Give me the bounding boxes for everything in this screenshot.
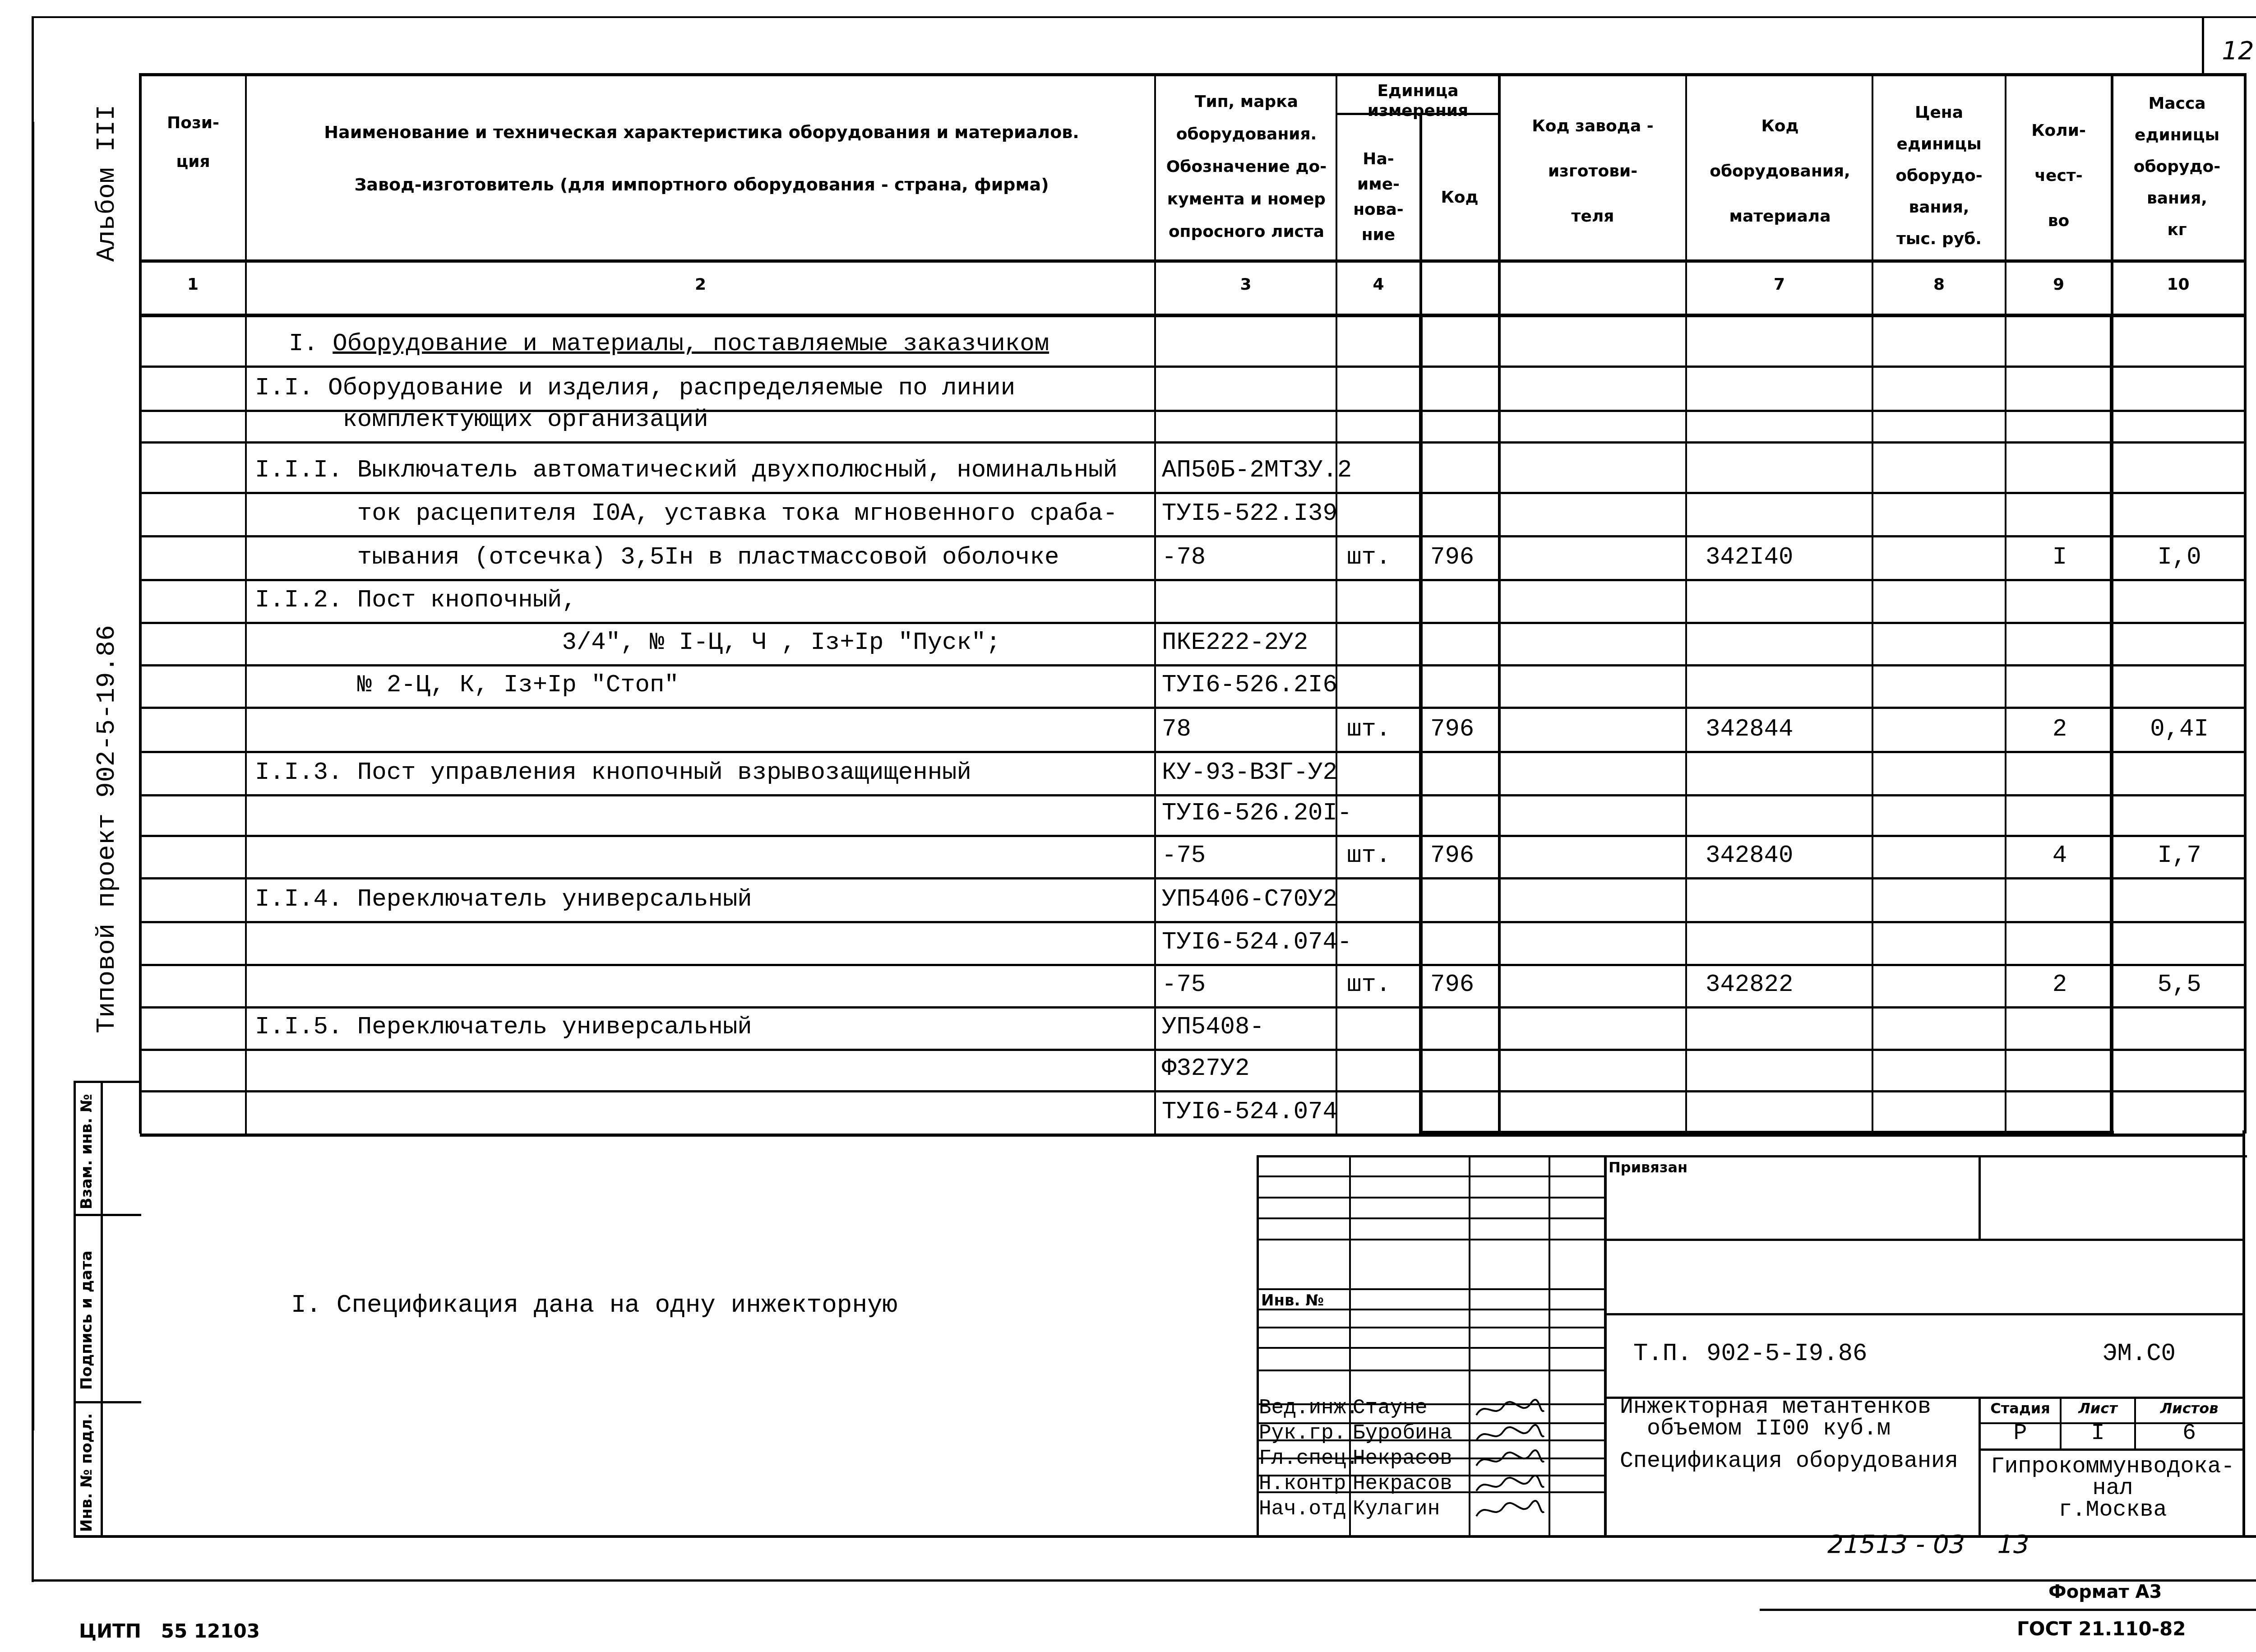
stage-label: Стадия <box>1981 1400 2060 1417</box>
column-number: 8 <box>1872 275 2006 294</box>
item-type: УП5406-С70У2 <box>1162 886 1342 913</box>
item-type: КУ-93-ВЗГ-У2 <box>1162 759 1342 787</box>
item-name: I.I. Оборудование и изделия, распределяе… <box>255 375 1153 402</box>
header-unit-name: На- име- нова- ние <box>1338 147 1419 248</box>
signature-scribble <box>1472 1422 1549 1450</box>
column-number: 9 <box>2006 275 2112 294</box>
page-number: 12 <box>2209 36 2256 65</box>
column-number: 1 <box>140 275 246 294</box>
header-quantity: Коли- чест- во <box>2006 108 2112 244</box>
column-number: 10 <box>2112 275 2245 294</box>
item-unit: шт. <box>1347 716 1419 743</box>
item-unit-code: 796 <box>1430 544 1498 571</box>
column-number: 2 <box>246 275 1155 294</box>
header-price: Цена единицы оборудо- вания, тыс. руб. <box>1872 97 2006 255</box>
object-name-line2: объемом II00 куб.м <box>1647 1416 1891 1442</box>
item-quantity: 2 <box>2008 716 2112 743</box>
signatory-name: Кулагин <box>1353 1497 1440 1521</box>
item-name: ток расцепителя I0А, уставка тока мгнове… <box>255 500 1153 528</box>
privyazan-label: Привязан <box>1609 1159 1687 1176</box>
item-equipment-code: 342840 <box>1706 842 1868 870</box>
item-type: ТУI6-524.074 <box>1162 1098 1342 1126</box>
item-name: I.I.4. Переключатель универсальный <box>255 886 1153 913</box>
signatory-role: Гл.спец. <box>1259 1447 1359 1470</box>
item-name: I.I.2. Пост кнопочный, <box>255 587 1153 614</box>
format-label: Формат А3 <box>2048 1582 2162 1602</box>
citp-label: ЦИТП 55 12103 <box>79 1620 260 1642</box>
item-mass: I,7 <box>2116 842 2242 870</box>
sheet-label: Лист <box>2062 1400 2134 1417</box>
item-mass: I,0 <box>2116 544 2242 571</box>
item-name: комплектующих организаций <box>255 406 1153 434</box>
item-unit: шт. <box>1347 971 1419 999</box>
header-position: Пози- ция <box>141 108 245 177</box>
item-type: -78 <box>1162 544 1342 571</box>
section-title: I. Оборудование и материалы, поставляемы… <box>289 330 1049 358</box>
item-name: № 2-Ц, К, Iз+Iр "Стоп" <box>255 671 1153 699</box>
item-type: АП50Б-2МТЗУ.2 <box>1162 457 1342 484</box>
column-number: 4 <box>1336 275 1420 294</box>
signature-scribble <box>1472 1498 1549 1526</box>
signature-scribble <box>1472 1397 1549 1425</box>
item-type: ТУI5-522.I39 <box>1162 500 1342 528</box>
item-quantity: I <box>2008 544 2112 571</box>
item-type: -75 <box>1162 842 1342 870</box>
signatory-role: Вед.инж. <box>1259 1396 1359 1420</box>
signatory-role: Нач.отд <box>1259 1497 1346 1521</box>
item-name: I.I.5. Переключатель универсальный <box>255 1013 1153 1041</box>
item-type: ПКЕ222-2У2 <box>1162 629 1342 657</box>
item-type: ТУI6-526.2I6 <box>1162 671 1342 699</box>
stamp-original-inv: Инв. № подл. <box>78 1413 96 1532</box>
organization-city: г.Москва <box>1981 1497 2245 1523</box>
note-text: I. Спецификация дана на одну инжекторную <box>291 1291 897 1319</box>
item-equipment-code: 342844 <box>1706 716 1868 743</box>
document-code: Т.П. 902-5-I9.86 <box>1633 1340 1867 1368</box>
item-name: I.I.I. Выключатель автоматический двухпо… <box>255 457 1153 484</box>
header-equipment-code: Код оборудования, материала <box>1687 104 1872 239</box>
signatory-name: Буробина <box>1353 1421 1452 1445</box>
stage-value: Р <box>1981 1421 2060 1446</box>
sheet-value: I <box>2062 1421 2134 1446</box>
header-plant-code: Код завода - изготови- теля <box>1500 104 1685 239</box>
item-unit-code: 796 <box>1430 716 1498 743</box>
signatory-role: Н.контр <box>1259 1472 1346 1495</box>
signature-scribble <box>1472 1473 1549 1500</box>
project-label: Типовой проект 902-5-19.86 <box>92 625 122 1033</box>
gost-label: ГОСТ 21.110-82 <box>2017 1618 2186 1640</box>
stamp-replacement-inv: Взам. инв. № <box>78 1094 96 1209</box>
signatory-name: Некрасов <box>1353 1472 1452 1495</box>
sheet-title: Спецификация оборудования <box>1620 1448 1958 1474</box>
signature-scribble <box>1472 1448 1549 1475</box>
item-unit: шт. <box>1347 544 1419 571</box>
sheets-value: 6 <box>2136 1421 2242 1446</box>
item-name: тывания (отсечка) 3,5Iн в пластмассовой … <box>255 544 1153 571</box>
signatory-name: Некрасов <box>1353 1447 1452 1470</box>
item-type: ТУI6-524.074- <box>1162 929 1342 956</box>
header-type: Тип, марка оборудования. Обозначение до-… <box>1157 86 1336 248</box>
item-name: I.I.3. Пост управления кнопочный взрывоз… <box>255 759 1153 787</box>
item-unit: шт. <box>1347 842 1419 870</box>
item-name: 3/4", № I-Ц, Ч , Iз+Iр "Пуск"; <box>255 629 1153 657</box>
item-type: 78 <box>1162 716 1342 743</box>
item-mass: 5,5 <box>2116 971 2242 999</box>
item-equipment-code: 342822 <box>1706 971 1868 999</box>
column-number: 3 <box>1155 275 1336 294</box>
item-type: УП5408- <box>1162 1013 1342 1041</box>
column-number: 7 <box>1686 275 1872 294</box>
item-unit-code: 796 <box>1430 971 1498 999</box>
signatory-name: Стауне <box>1353 1396 1428 1420</box>
frame-bottom <box>32 1579 2256 1582</box>
item-type: Ф327У2 <box>1162 1055 1342 1083</box>
header-unit-code: Код <box>1421 183 1498 213</box>
frame-top <box>32 16 2256 18</box>
header-name: Наименование и техническая характеристик… <box>248 117 1155 199</box>
stamp-signature-date: Подпись и дата <box>78 1250 96 1390</box>
header-unit: Единица измерения <box>1338 81 1498 121</box>
album-label: Альбом III <box>92 105 122 262</box>
item-quantity: 2 <box>2008 971 2112 999</box>
signatory-role: Рук.гр. <box>1259 1421 1346 1445</box>
sheets-label: Листов <box>2136 1400 2242 1417</box>
item-unit-code: 796 <box>1430 842 1498 870</box>
item-quantity: 4 <box>2008 842 2112 870</box>
item-equipment-code: 342I40 <box>1706 544 1868 571</box>
item-type: ТУI6-526.20I- <box>1162 800 1342 827</box>
inventory-number-label: Инв. № <box>1261 1291 1324 1310</box>
header-mass: Масса единицы оборудо- вания, кг <box>2112 88 2242 246</box>
item-mass: 0,4I <box>2116 716 2242 743</box>
item-type: -75 <box>1162 971 1342 999</box>
document-mark: ЭМ.С0 <box>2103 1340 2176 1368</box>
handwritten-code: 21513 - 03 13 <box>1827 1530 2029 1559</box>
